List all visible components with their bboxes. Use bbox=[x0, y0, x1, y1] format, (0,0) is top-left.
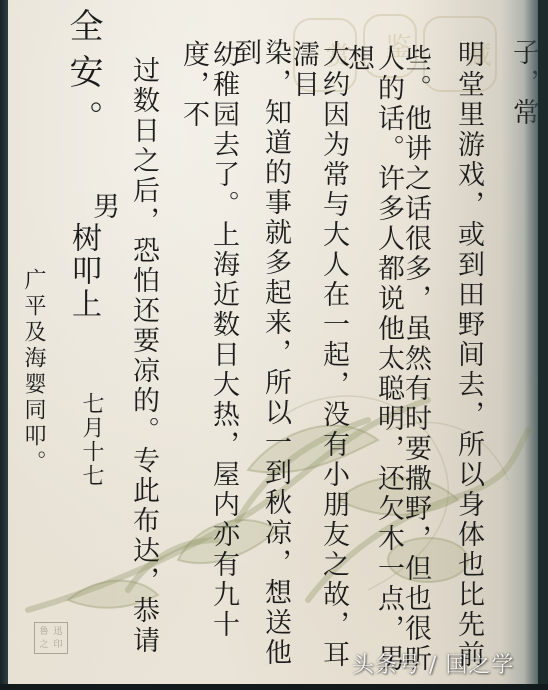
frame-left-edge bbox=[0, 0, 8, 690]
cosign-line: 广平及海婴同叩。 bbox=[18, 268, 48, 476]
letter-column-3: 些。他讲之话很多，虽然有时要撒野，但也很听 bbox=[400, 44, 430, 674]
letter-column-2: 明堂里游戏，或到田野间去，所以身体也比先前 bbox=[453, 40, 483, 670]
right-edge-shadow bbox=[524, 0, 538, 684]
seal-char: 之 bbox=[39, 640, 48, 650]
seal-stamp: 鲁 迅 之 印 bbox=[34, 622, 68, 654]
letter-date: 七月十七 bbox=[76, 392, 106, 488]
seal-char: 鲁 bbox=[39, 627, 48, 637]
letter-column-4: 人的话。许多人都说他太聪明，还欠木一点，男想 bbox=[343, 44, 403, 684]
letter-paper: 赏 鉴 藏 加长大了，下巴已出在桌面之上，因为搬了房子，常 明堂里游戏，或到田野… bbox=[8, 0, 538, 684]
seal-char: 印 bbox=[53, 640, 62, 650]
seal-char: 迅 bbox=[53, 627, 62, 637]
signature: 树叩上 bbox=[68, 222, 98, 321]
letter-column-5: 大约因为常与大人在一起，没有小朋友之故，耳濡目 bbox=[288, 40, 348, 684]
signature-prefix: 男 bbox=[88, 192, 118, 222]
letter-column-7: 幼稚园去了。上海近数日大热，屋内亦有九十度，不 bbox=[178, 40, 238, 684]
salutation: 全安。 bbox=[68, 8, 98, 146]
frame-bottom-edge bbox=[0, 684, 548, 690]
source-watermark: 头条号 / 国之学 bbox=[352, 648, 514, 679]
letter-column-8: 过数日之后，恐怕还要凉的。专此布达，恭请 bbox=[128, 56, 158, 656]
letter-column-6: 染，知道的事就多起来，所以一到秋凉，想送他到 bbox=[230, 38, 290, 684]
